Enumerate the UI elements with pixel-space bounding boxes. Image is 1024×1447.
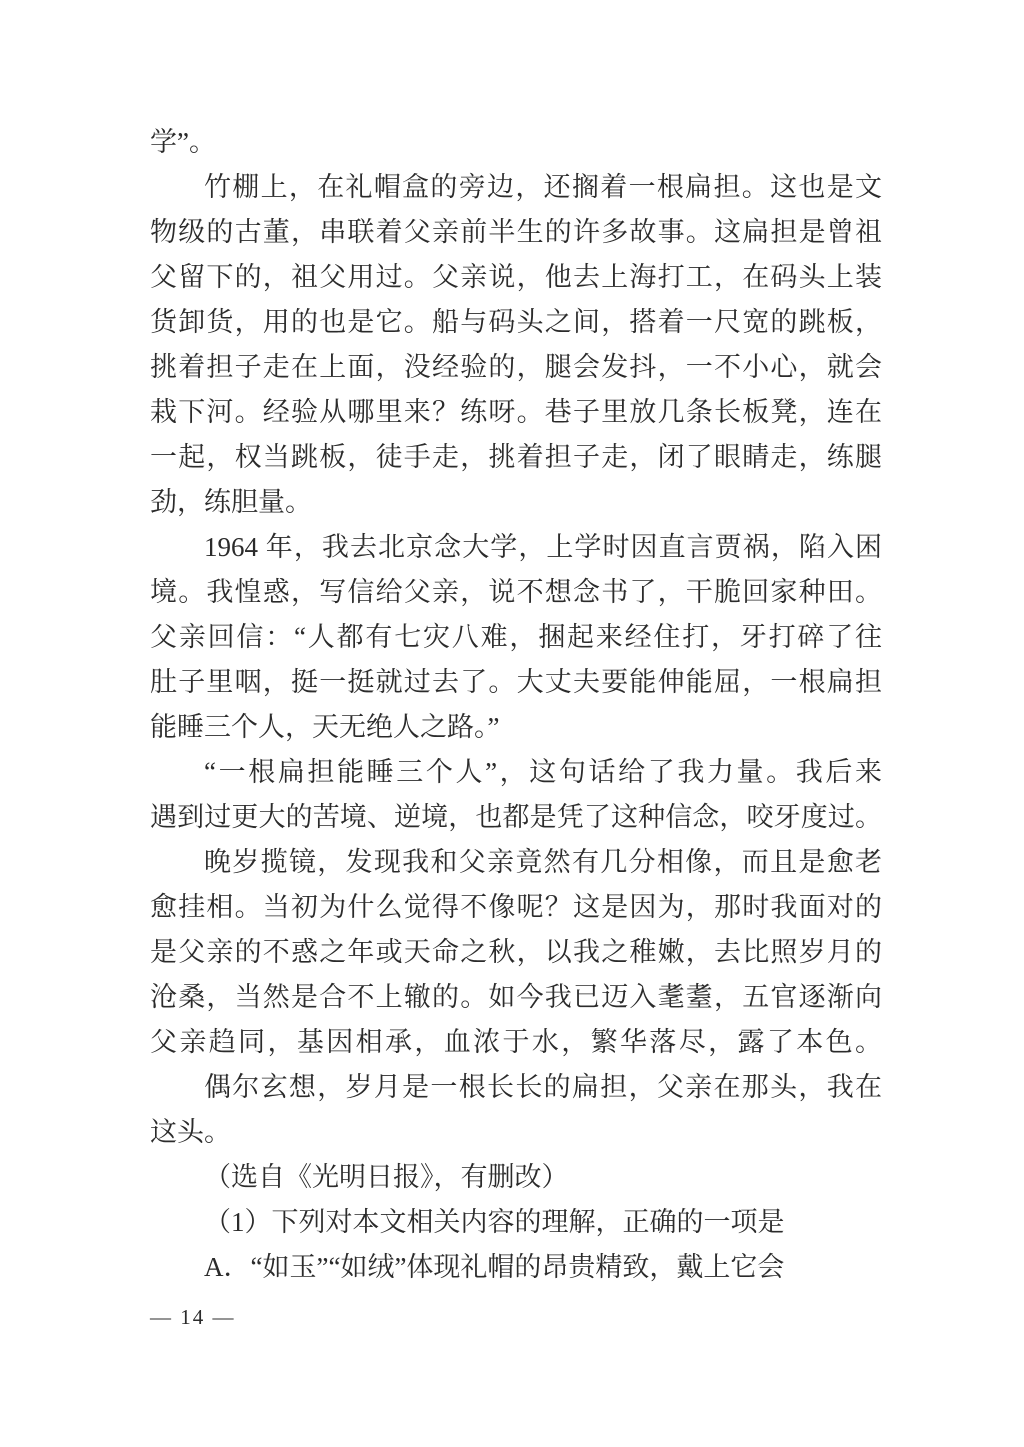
text-line: 沧桑，当然是合不上辙的。如今我已迈入耄耋，五官逐渐向 [150, 975, 882, 1020]
text-line: 栽下河。经验从哪里来？练呀。巷子里放几条长板凳，连在 [150, 390, 882, 435]
text-line: 货卸货，用的也是它。船与码头之间，搭着一尺宽的跳板， [150, 300, 882, 345]
passage-text-block: 学”。 竹棚上，在礼帽盒的旁边，还搁着一根扁担。这也是文 物级的古董，串联着父亲… [150, 120, 882, 1290]
text-line: 父留下的，祖父用过。父亲说，他去上海打工，在码头上装 [150, 255, 882, 300]
text-line: 能睡三个人，天无绝人之路。” [150, 705, 882, 750]
text-line: 竹棚上，在礼帽盒的旁边，还搁着一根扁担。这也是文 [150, 165, 882, 210]
text-line: 愈挂相。当初为什么觉得不像呢？这是因为，那时我面对的 [150, 885, 882, 930]
text-line: 这头。 [150, 1110, 882, 1155]
text-line: 劲，练胆量。 [150, 480, 882, 525]
text-line: 物级的古董，串联着父亲前半生的许多故事。这扁担是曾祖 [150, 210, 882, 255]
text-line: 偶尔玄想，岁月是一根长长的扁担，父亲在那头，我在 [150, 1065, 882, 1110]
document-page: 学”。 竹棚上，在礼帽盒的旁边，还搁着一根扁担。这也是文 物级的古董，串联着父亲… [0, 0, 1024, 1447]
text-line: 学”。 [150, 120, 882, 165]
option-a-line: A．“如玉”“如绒”体现礼帽的昂贵精致，戴上它会 [150, 1245, 882, 1290]
source-attribution-line: （选自《光明日报》，有删改） [150, 1155, 882, 1200]
text-line: 境。我惶惑，写信给父亲，说不想念书了，干脆回家种田。 [150, 570, 882, 615]
text-line: 父亲趋同，基因相承，血浓于水，繁华落尽，露了本色。 [150, 1020, 882, 1065]
text-line: 一起，权当跳板，徒手走，挑着担子走，闭了眼睛走，练腿 [150, 435, 882, 480]
text-line: 是父亲的不惑之年或天命之秋，以我之稚嫩，去比照岁月的 [150, 930, 882, 975]
text-line: “一根扁担能睡三个人”，这句话给了我力量。我后来 [150, 750, 882, 795]
page-number: — 14 — [150, 1305, 236, 1329]
page-footer: — 14 — [150, 1305, 236, 1330]
text-line: 晚岁揽镜，发现我和父亲竟然有几分相像，而且是愈老 [150, 840, 882, 885]
question-1-stem-line: （1）下列对本文相关内容的理解，正确的一项是 [150, 1200, 882, 1245]
text-line: 父亲回信：“人都有七灾八难，捆起来经住打，牙打碎了往 [150, 615, 882, 660]
text-line: 1964 年，我去北京念大学，上学时因直言贾祸，陷入困 [150, 525, 882, 570]
text-line: 遇到过更大的苦境、逆境，也都是凭了这种信念，咬牙度过。 [150, 795, 882, 840]
text-line: 肚子里咽，挺一挺就过去了。大丈夫要能伸能屈，一根扁担 [150, 660, 882, 705]
text-line: 挑着担子走在上面，没经验的，腿会发抖，一不小心，就会 [150, 345, 882, 390]
